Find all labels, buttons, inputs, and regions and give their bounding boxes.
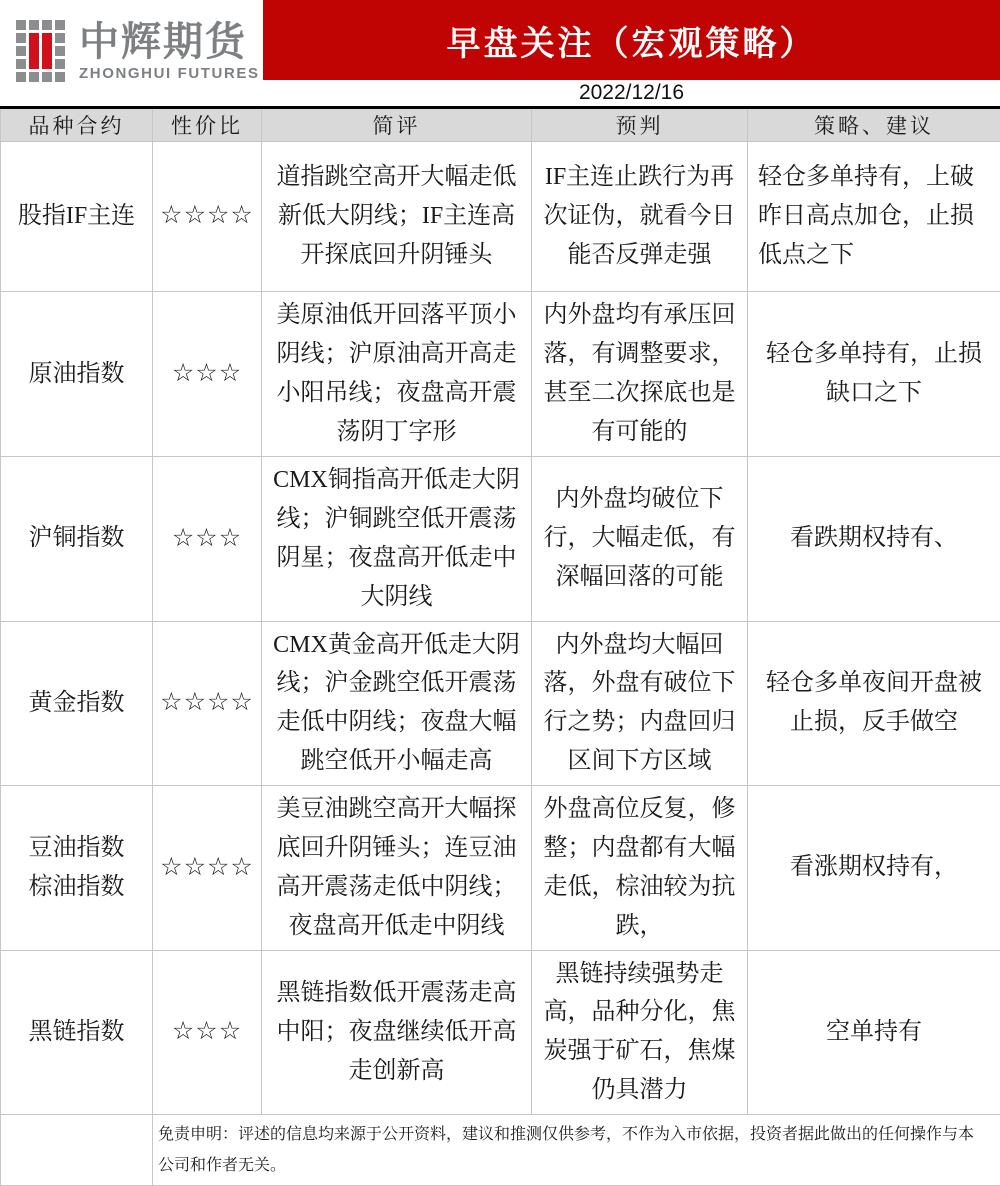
table-row: 黑链指数☆☆☆黑链指数低开震荡走高中阳；夜盘继续低开高走创新高黑链持续强势走高，… — [1, 950, 1000, 1115]
comment-cell: 美豆油跳空高开大幅探底回升阴锤头；连豆油高开震荡走低中阴线；夜盘高开低走中阴线 — [262, 786, 532, 951]
strategy-cell: 看涨期权持有， — [748, 786, 1000, 951]
forecast-cell: 内外盘均大幅回落，外盘有破位下行之势；内盘回归区间下方区域 — [532, 621, 748, 786]
report-title-banner: 早盘关注（宏观策略） — [263, 0, 1000, 80]
rating-stars: ☆☆☆☆ — [153, 142, 262, 292]
comment-cell: 黑链指数低开震荡走高中阳；夜盘继续低开高走创新高 — [262, 950, 532, 1115]
forecast-cell: IF主连止跌行为再次证伪，就看今日能否反弹走强 — [532, 142, 748, 292]
contract-cell: 黑链指数 — [1, 950, 153, 1115]
strategy-table: 品种合约 性价比 简评 预判 策略、建议 股指IF主连☆☆☆☆道指跳空高开大幅走… — [0, 106, 1000, 1186]
rating-stars: ☆☆☆ — [153, 457, 262, 622]
comment-cell: CMX铜指高开低走大阴线；沪铜跳空低开震荡阴星；夜盘高开低走中大阴线 — [262, 457, 532, 622]
comment-cell: 美原油低开回落平顶小阴线；沪原油高开高走小阳吊线；夜盘高开震荡阴丁字形 — [262, 292, 532, 457]
rating-stars: ☆☆☆ — [153, 950, 262, 1115]
disclaimer-row: 免责申明：评述的信息均来源于公开资料，建议和推测仅供参考，不作为入市依据，投资者… — [1, 1115, 1000, 1186]
forecast-cell: 黑链持续强势走高，品种分化，焦炭强于矿石，焦煤仍具潜力 — [532, 950, 748, 1115]
rating-stars: ☆☆☆☆ — [153, 786, 262, 951]
contract-cell: 豆油指数 棕油指数 — [1, 786, 153, 951]
table-row: 原油指数☆☆☆美原油低开回落平顶小阴线；沪原油高开高走小阳吊线；夜盘高开震荡阴丁… — [1, 292, 1000, 457]
table-row: 豆油指数 棕油指数☆☆☆☆美豆油跳空高开大幅探底回升阴锤头；连豆油高开震荡走低中… — [1, 786, 1000, 951]
logo-en-text: ZHONGHUI FUTURES — [79, 66, 260, 81]
strategy-cell: 轻仓多单持有，上破昨日高点加仓，止损低点之下 — [748, 142, 1000, 292]
logo-cn-text: 中辉期货 — [79, 22, 260, 62]
contract-cell: 原油指数 — [1, 292, 153, 457]
disclaimer-text: 免责申明：评述的信息均来源于公开资料，建议和推测仅供参考，不作为入市依据，投资者… — [153, 1115, 1000, 1186]
forecast-cell: 外盘高位反复，修整；内盘都有大幅走低，棕油较为抗跌， — [532, 786, 748, 951]
header-contract: 品种合约 — [1, 108, 153, 142]
contract-cell: 黄金指数 — [1, 621, 153, 786]
report-date: 2022/12/16 — [263, 81, 1000, 106]
forecast-cell: 内外盘均破位下行，大幅走低，有深幅回落的可能 — [532, 457, 748, 622]
strategy-cell: 轻仓多单夜间开盘被止损，反手做空 — [748, 621, 1000, 786]
comment-cell: CMX黄金高开低走大阴线；沪金跳空低开震荡走低中阴线；夜盘大幅跳空低开小幅走高 — [262, 621, 532, 786]
forecast-cell: 内外盘均有承压回落，有调整要求，甚至二次探底也是有可能的 — [532, 292, 748, 457]
comment-cell: 道指跳空高开大幅走低新低大阴线；IF主连高开探底回升阴锤头 — [262, 142, 532, 292]
strategy-cell: 轻仓多单持有，止损缺口之下 — [748, 292, 1000, 457]
strategy-cell: 看跌期权持有、 — [748, 457, 1000, 622]
company-logo: 中辉期货 ZHONGHUI FUTURES — [16, 20, 260, 82]
table-row: 沪铜指数☆☆☆CMX铜指高开低走大阴线；沪铜跳空低开震荡阴星；夜盘高开低走中大阴… — [1, 457, 1000, 622]
logo-squares-icon — [16, 20, 65, 82]
header-rating: 性价比 — [153, 108, 262, 142]
header-strategy: 策略、建议 — [748, 108, 1000, 142]
contract-cell: 沪铜指数 — [1, 457, 153, 622]
table-row: 股指IF主连☆☆☆☆道指跳空高开大幅走低新低大阴线；IF主连高开探底回升阴锤头I… — [1, 142, 1000, 292]
rating-stars: ☆☆☆☆ — [153, 621, 262, 786]
table-header-row: 品种合约 性价比 简评 预判 策略、建议 — [1, 108, 1000, 142]
table-row: 黄金指数☆☆☆☆CMX黄金高开低走大阴线；沪金跳空低开震荡走低中阴线；夜盘大幅跳… — [1, 621, 1000, 786]
rating-stars: ☆☆☆ — [153, 292, 262, 457]
disclaimer-spacer-cell — [1, 1115, 153, 1186]
contract-cell: 股指IF主连 — [1, 142, 153, 292]
header-comment: 简评 — [262, 108, 532, 142]
strategy-cell: 空单持有 — [748, 950, 1000, 1115]
page-header: 中辉期货 ZHONGHUI FUTURES 早盘关注（宏观策略） 2022/12… — [0, 0, 1000, 106]
page-title: 早盘关注（宏观策略） — [447, 16, 817, 65]
header-forecast: 预判 — [532, 108, 748, 142]
